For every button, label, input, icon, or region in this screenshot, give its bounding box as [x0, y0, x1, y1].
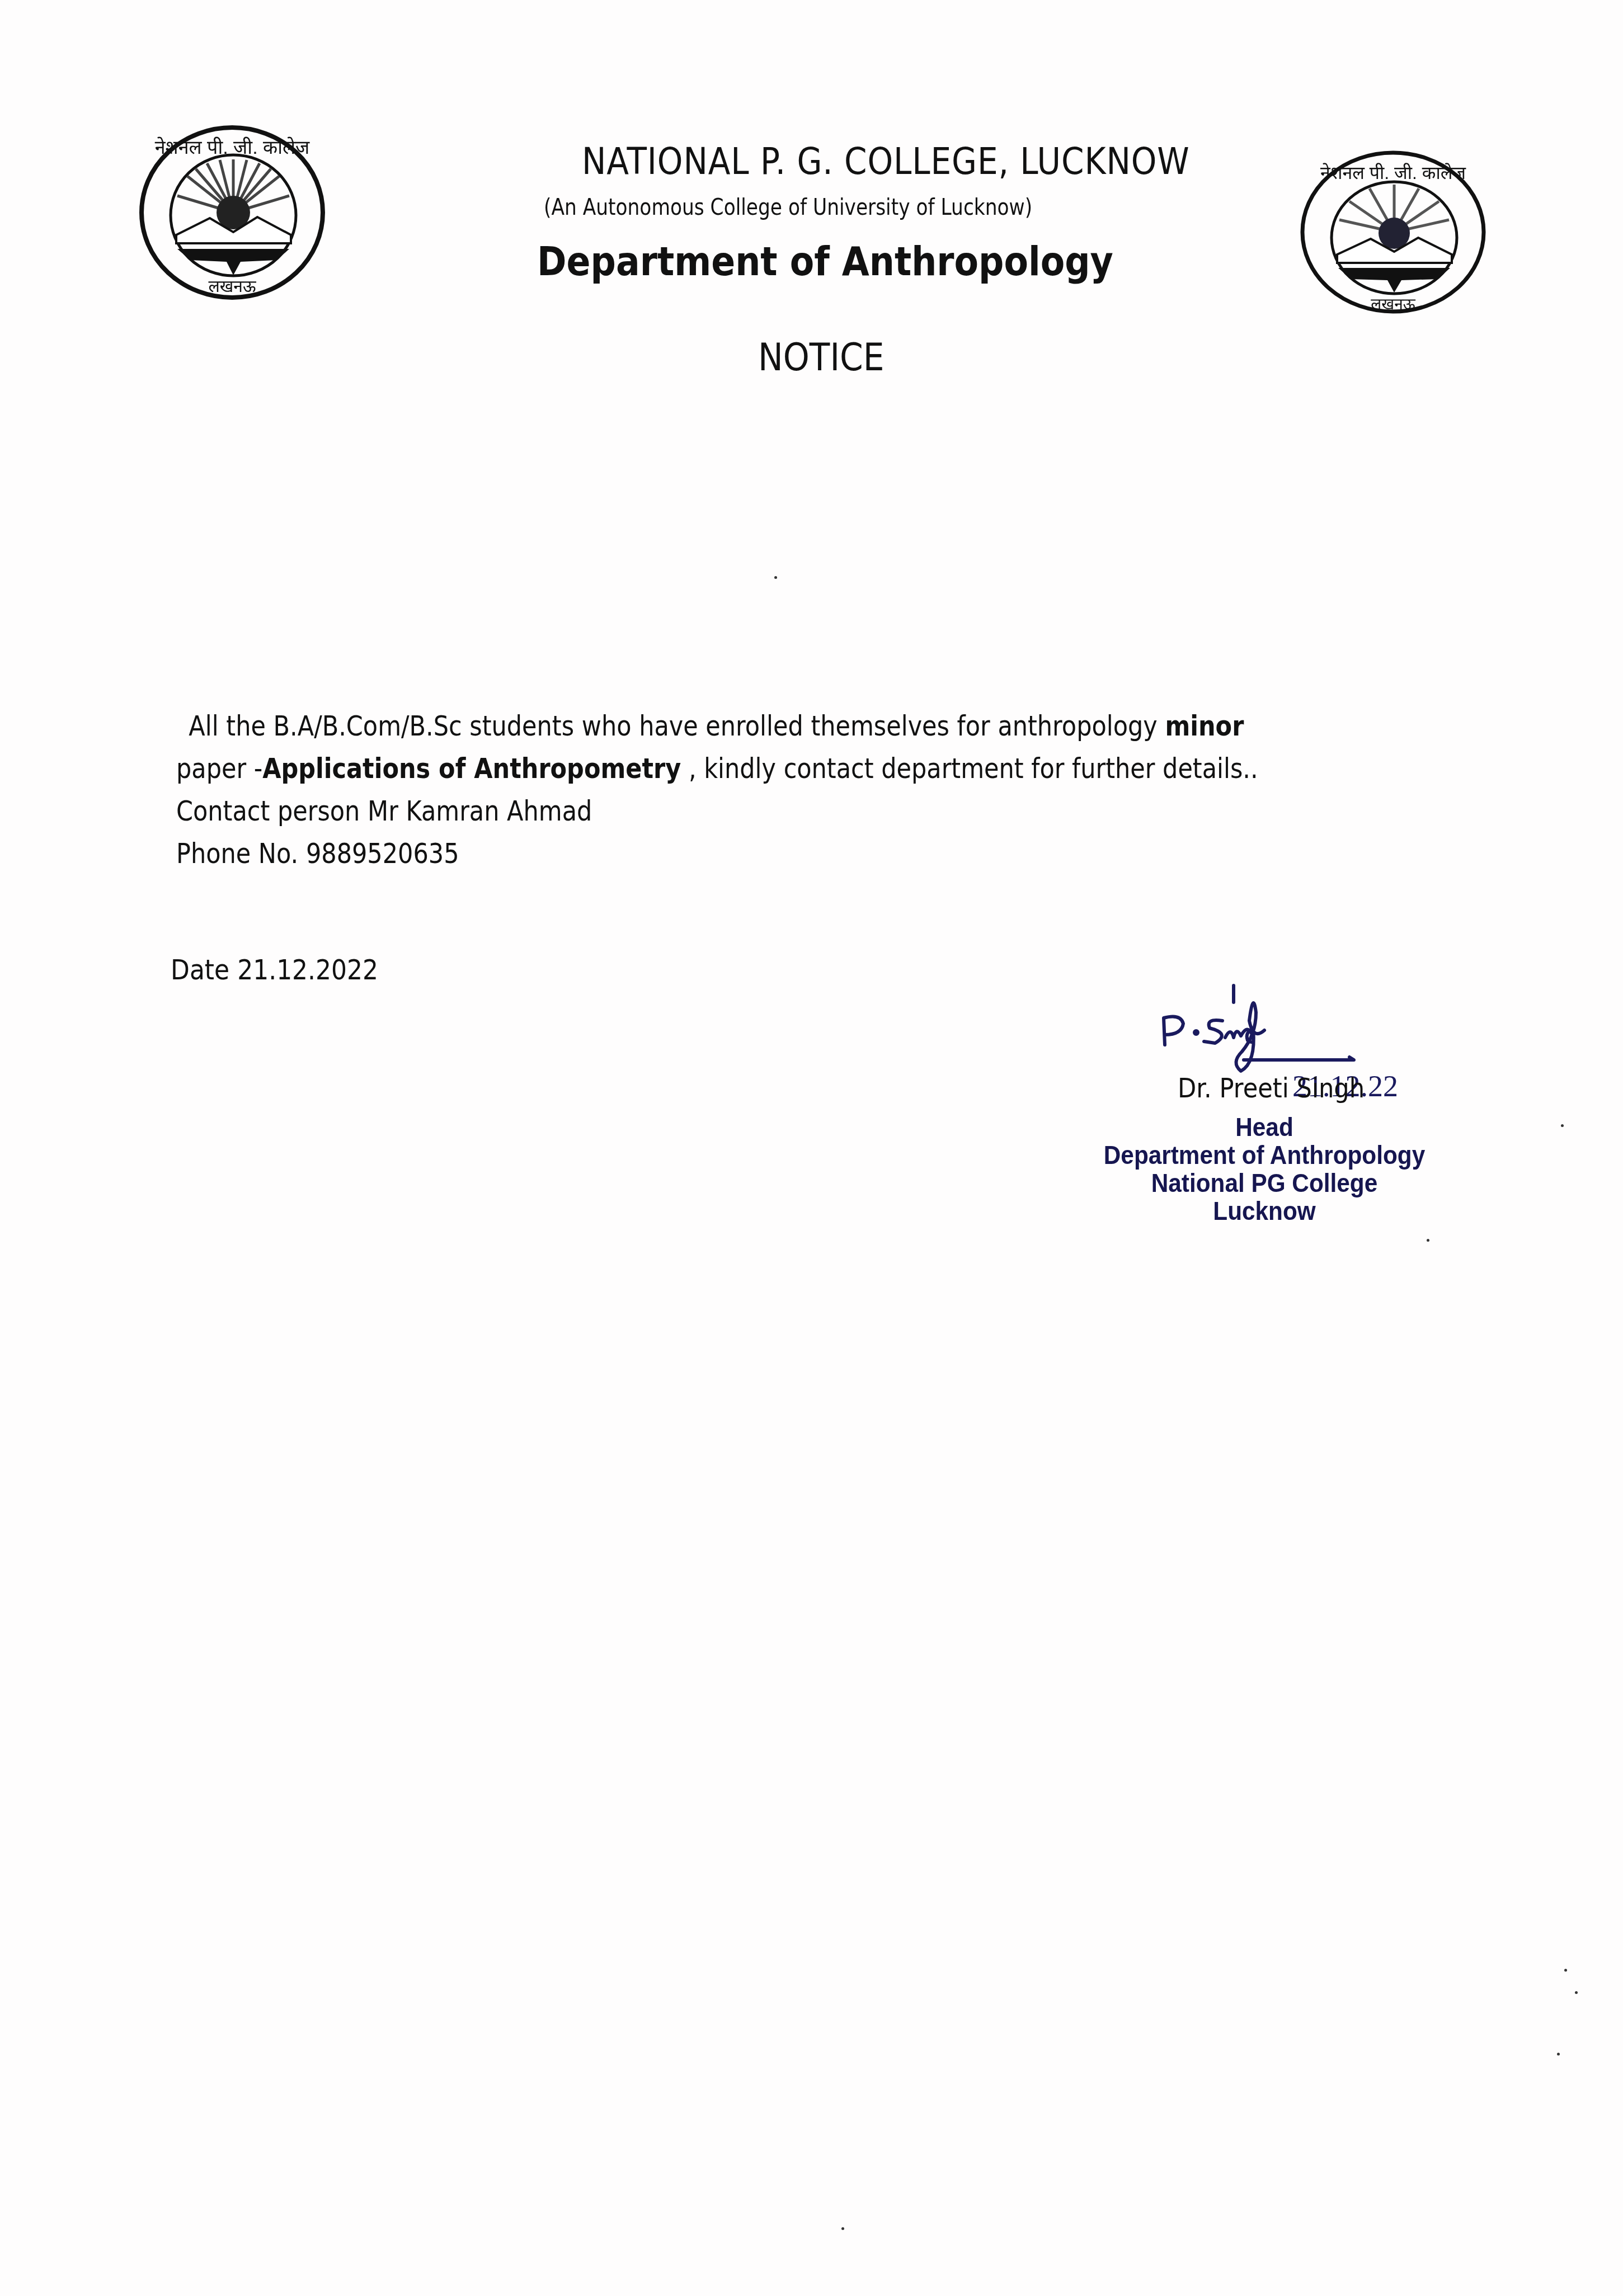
scan-speck [841, 2227, 844, 2230]
scan-speck [1561, 1124, 1564, 1127]
scan-speck [1564, 1969, 1567, 1972]
stamp-department: Department of Anthropology [1079, 1141, 1450, 1169]
stamp-designation: Head [1079, 1113, 1450, 1141]
scan-speck [774, 576, 777, 579]
phone-number: Phone No. 9889520635 [176, 832, 1283, 875]
official-stamp: Head Department of Anthropology National… [1079, 1113, 1450, 1225]
notice-date: Date 21.12.2022 [171, 954, 378, 986]
college-subtitle: (An Autonomous College of University of … [544, 195, 1032, 220]
college-name: NATIONAL P. G. COLLEGE, LUCKNOW [582, 140, 1190, 183]
scan-speck [1557, 2053, 1560, 2055]
notice-page: नेशनल पी. जी. कालेज लखनऊ नेशनल पी. जी. क… [0, 0, 1623, 2296]
svg-text:नेशनल पी. जी. कालेज: नेशनल पी. जी. कालेज [155, 136, 310, 158]
svg-text:लखनऊ: लखनऊ [208, 277, 256, 296]
department-title: Department of Anthropology [537, 238, 1113, 285]
signer-name: Dr. Preeti Singh [1178, 1073, 1365, 1104]
svg-text:नेशनल पी. जी. कालेज: नेशनल पी. जी. कालेज [1320, 163, 1466, 183]
college-seal-icon: नेशनल पी. जी. कालेज लखनऊ [1298, 148, 1488, 316]
college-seal-icon: नेशनल पी. जी. कालेज लखनऊ [137, 123, 327, 302]
stamp-city: Lucknow [1079, 1197, 1450, 1225]
notice-heading: NOTICE [758, 336, 885, 380]
stamp-college: National PG College [1079, 1169, 1450, 1197]
signature-block: 21.12.22 Dr. Preeti Singh Head Departmen… [1063, 979, 1566, 1247]
scan-speck [1575, 1991, 1578, 1994]
notice-body: All the B.A/B.Com/B.Sc students who have… [176, 705, 1283, 875]
scan-speck [1427, 1239, 1429, 1242]
svg-text:लखनऊ: लखनऊ [1371, 295, 1415, 313]
body-line-2: paper -Applications of Anthropometry , k… [176, 747, 1283, 790]
contact-person: Contact person Mr Kamran Ahmad [176, 790, 1283, 832]
body-line-1: All the B.A/B.Com/B.Sc students who have… [176, 705, 1283, 747]
